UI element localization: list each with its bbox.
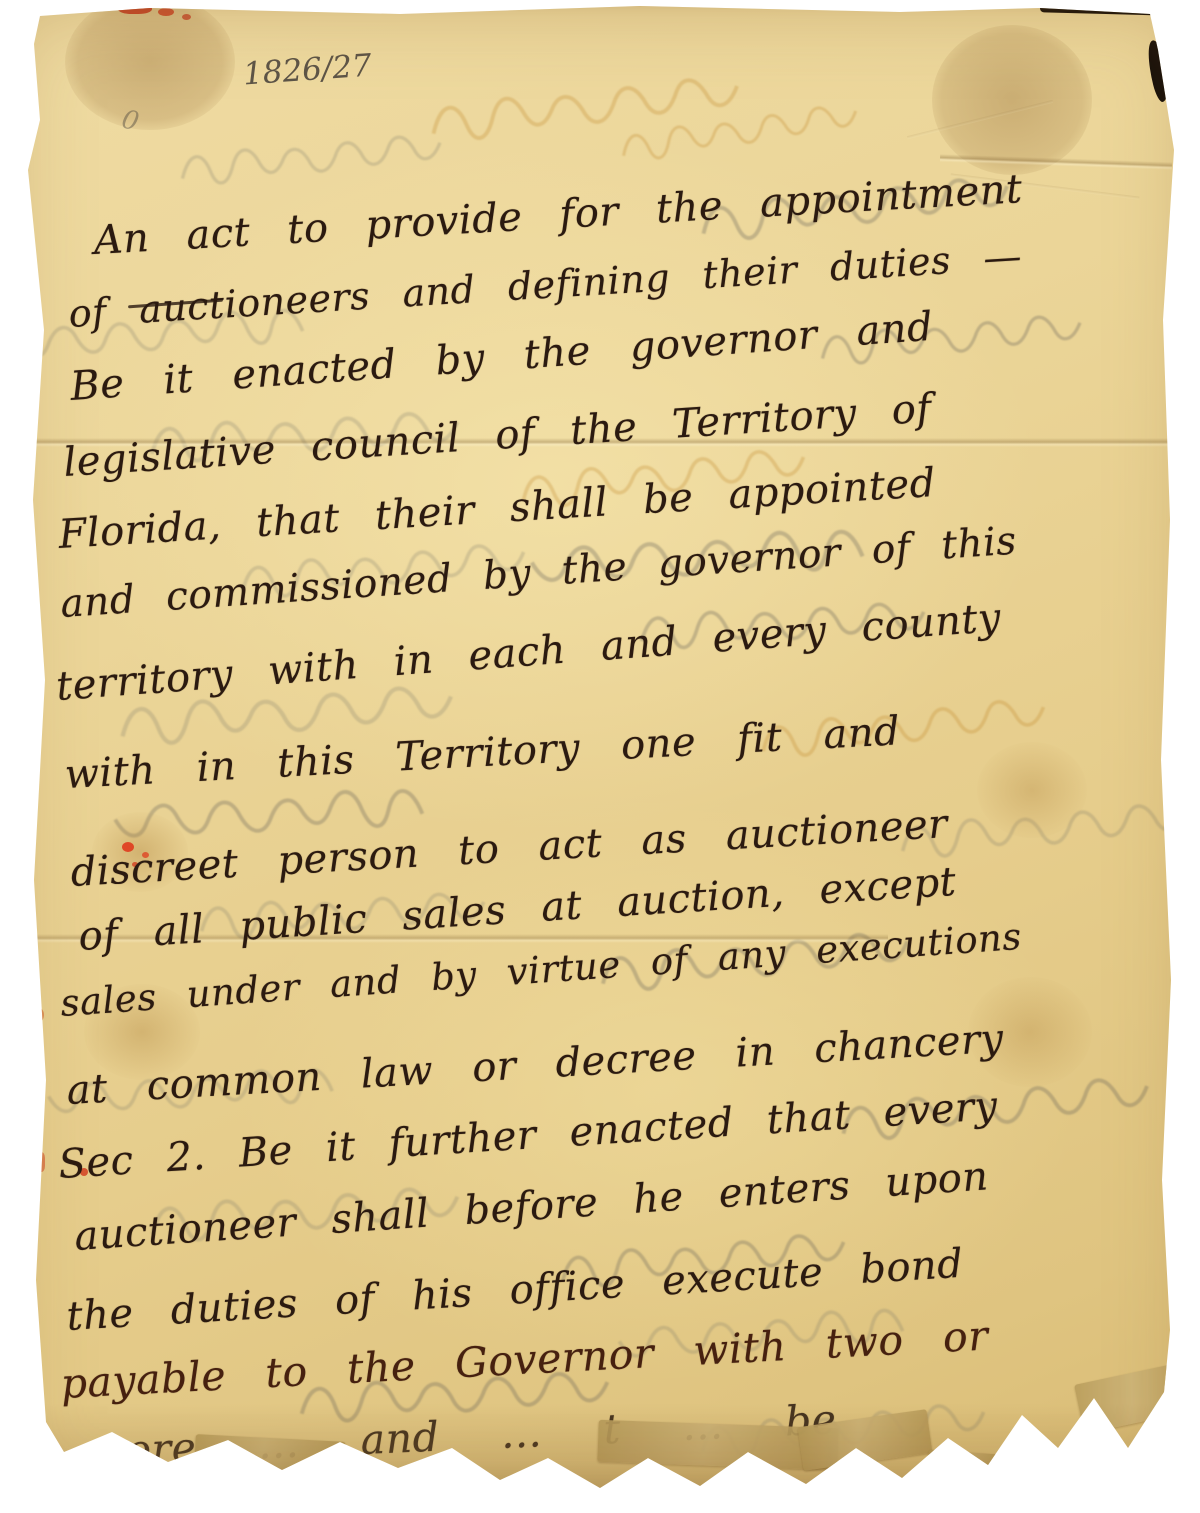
paper-sheet: 1826/27 0 An act to provide for the appo… (0, 0, 1200, 1513)
scanned-manuscript-page: 1826/27 0 An act to provide for the appo… (0, 0, 1200, 1513)
paper-edge-vignette (0, 0, 1200, 1513)
